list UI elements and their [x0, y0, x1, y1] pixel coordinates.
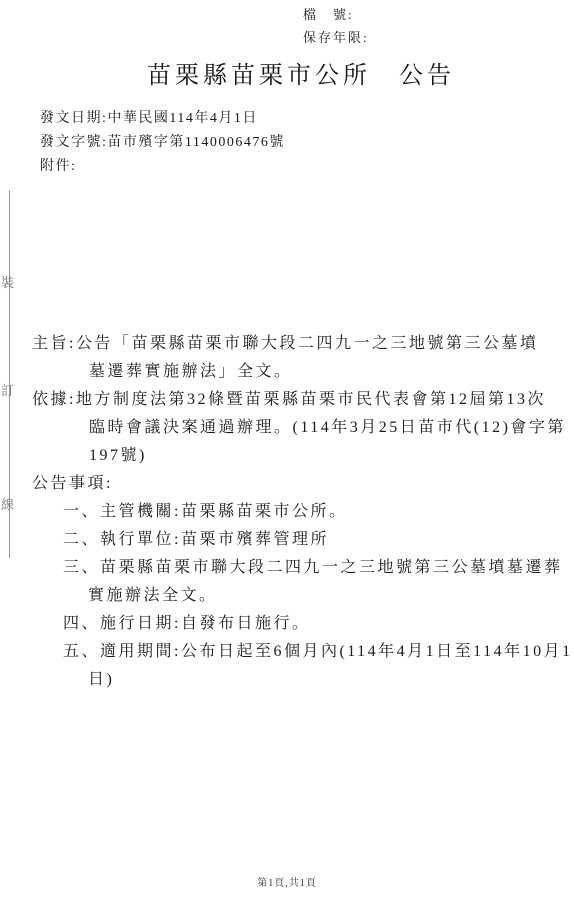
file-number-block: 檔 號: 保存年限: — [303, 3, 369, 49]
issue-date-line: 發文日期:中華民國114年4月1日 — [40, 107, 285, 131]
item-3-line: 三、苗栗縣苗栗市聯大段二四九一之三地號第三公墓墳墓遷葬 — [63, 554, 564, 582]
item-5-line: 五、適用期間:公布日起至6個月內(114年4月1日至114年10月1 — [63, 638, 564, 666]
mayor-signature-stamp: 市長余文忠 — [5, 680, 372, 797]
basis-line: 197號) — [89, 442, 564, 470]
announcement-body: 主旨:公告「苗栗縣苗栗市聯大段二四九一之三地號第三公墓墳 墓遷葬實施辦法」全文。… — [32, 330, 564, 694]
item-1-line: 一、主管機關:苗栗縣苗栗市公所。 — [63, 498, 564, 526]
document-meta: 發文日期:中華民國114年4月1日 發文字號:苗市殯字第1140006476號 … — [40, 107, 285, 179]
retention-period-label: 保存年限: — [303, 26, 369, 49]
binding-mark-zhuang: 裝 — [1, 272, 14, 291]
official-seal-stamp — [313, 107, 541, 331]
basis-line: 臨時會議決案通過辦理。(114年3月25日苗市代(12)會字第 — [89, 414, 564, 442]
file-number-label: 檔 號: — [303, 3, 369, 26]
official-seal-icon — [313, 107, 541, 331]
document-title: 苗栗縣苗栗市公所 公告 — [14, 55, 574, 90]
item-3-line: 實施辦法全文。 — [88, 582, 564, 610]
issue-number-line: 發文字號:苗市殯字第1140006476號 — [40, 131, 285, 155]
items-header: 公告事項: — [32, 470, 564, 498]
basis-line: 依據:地方制度法第32條暨苗栗縣苗栗市民代表會第12屆第13次 — [32, 386, 564, 414]
attachment-line: 附件: — [40, 155, 285, 179]
subject-line: 墓遷葬實施辦法」全文。 — [89, 358, 564, 386]
announcement-page: 檔 號: 保存年限: 苗栗縣苗栗市公所 公告 發文日期:中華民國114年4月1日… — [0, 0, 574, 907]
page-footer: 第1頁,共1頁 — [0, 874, 574, 889]
binding-mark-xian: 線 — [1, 494, 14, 513]
subject-line: 主旨:公告「苗栗縣苗栗市聯大段二四九一之三地號第三公墓墳 — [32, 330, 564, 358]
item-4-line: 四、施行日期:自發布日施行。 — [63, 610, 564, 638]
binding-mark-ding: 訂 — [1, 380, 14, 399]
item-2-line: 二、執行單位:苗栗市殯葬管理所 — [63, 526, 564, 554]
